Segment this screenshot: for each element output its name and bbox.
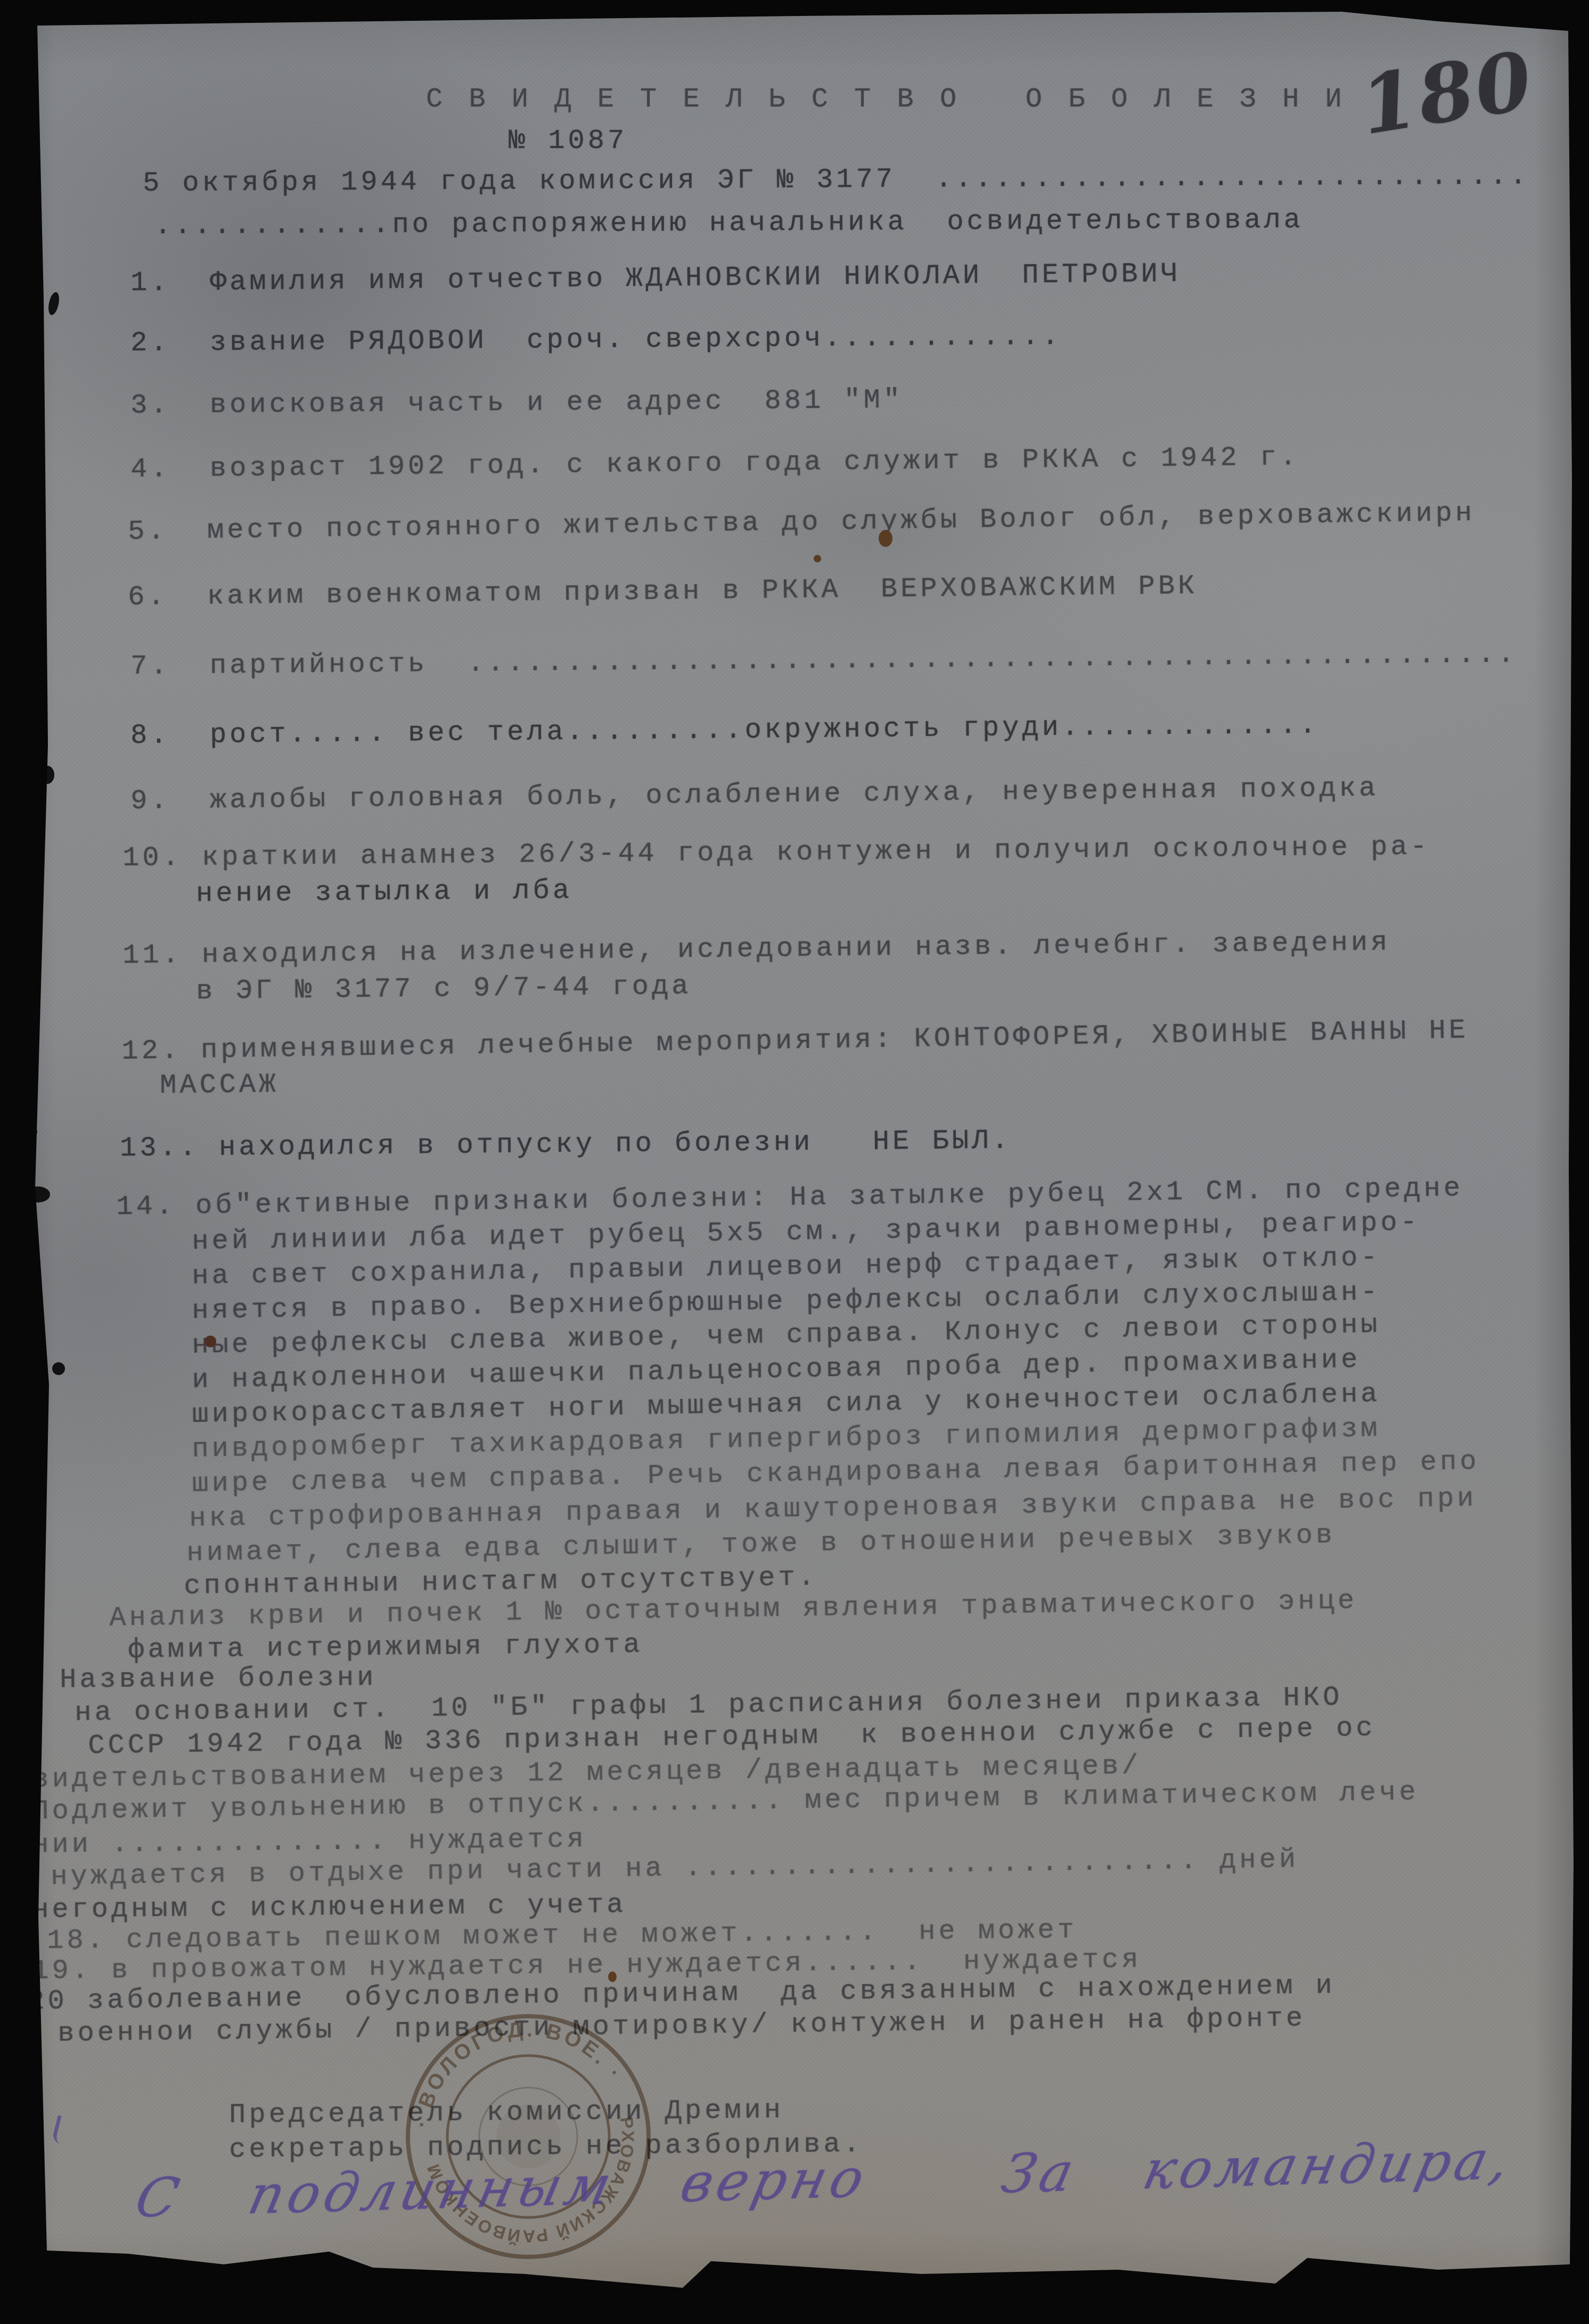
document-number: № 1087 bbox=[509, 127, 627, 156]
typed-line: фамита истерижимыя глухота bbox=[128, 1631, 643, 1665]
typed-line: 5 октября 1944 года комиссия ЭГ № 3177 .… bbox=[143, 162, 1530, 198]
typed-line: ............по распоряжению начальника о… bbox=[154, 206, 1304, 241]
typed-line: 11. находился на излечение, иследовании … bbox=[122, 928, 1391, 971]
typed-line: 13.. находился в отпуску по болезни НЕ Б… bbox=[120, 1126, 1012, 1163]
paper-stain bbox=[608, 1971, 617, 1982]
paper-stain bbox=[814, 555, 821, 562]
handwritten-page-number: 180 bbox=[1355, 40, 1539, 146]
pen-mark bbox=[51, 2115, 75, 2146]
typed-line: в ЭГ № 3177 с 9/7-44 года bbox=[196, 972, 692, 1006]
document-title: С В И Д Е Т Е Л Ь С Т В О О Б О Л Е З Н … bbox=[426, 85, 1347, 114]
paper-speck bbox=[30, 1128, 37, 1135]
typed-line: 12. применявшиеся лечебные мероприятия: … bbox=[121, 1016, 1469, 1066]
paper-stain bbox=[879, 530, 892, 547]
photo-background: С В И Д Е Т Е Л Ь С Т В О О Б О Л Е З Н … bbox=[0, 0, 1589, 2324]
typed-line: МАССАЖ bbox=[160, 1070, 279, 1101]
typed-line: 9. жалобы головная боль, ослабление слух… bbox=[130, 774, 1379, 816]
paper-speck bbox=[47, 291, 61, 316]
typed-line: 4. возраст 1902 год. с какого года служи… bbox=[130, 443, 1300, 485]
typed-line: 3. воисковая часть и ее адрес 881 "М" bbox=[130, 386, 903, 421]
typed-line: 7. партийность .........................… bbox=[130, 640, 1518, 681]
typed-line: нение затылка и лба bbox=[196, 877, 572, 909]
typed-line: 8. рост..... вес тела.........окружность… bbox=[130, 711, 1320, 751]
typed-line: 1. Фамилия имя отчество ЖДАНОВСКИИ НИКОЛ… bbox=[130, 260, 1181, 298]
typed-line: 10. краткии анамнез 26/3-44 года контуже… bbox=[122, 833, 1430, 873]
paper-speck bbox=[40, 766, 54, 784]
paper-stain bbox=[204, 1336, 216, 1347]
typed-line: Название болезни bbox=[60, 1664, 377, 1695]
typed-line: 5. место постоянного жительства до служб… bbox=[128, 499, 1475, 547]
document-paper: С В И Д Е Т Е Л Ь С Т В О О Б О Л Е З Н … bbox=[0, 0, 1589, 2324]
paper-speck bbox=[52, 1362, 65, 1375]
paper-speck bbox=[27, 1186, 50, 1202]
typed-line: 2. звание РЯДОВОИ сроч. сверхсроч.......… bbox=[130, 323, 1062, 358]
typed-line: 6. каким военкоматом призван в РККА ВЕРХ… bbox=[128, 572, 1198, 612]
